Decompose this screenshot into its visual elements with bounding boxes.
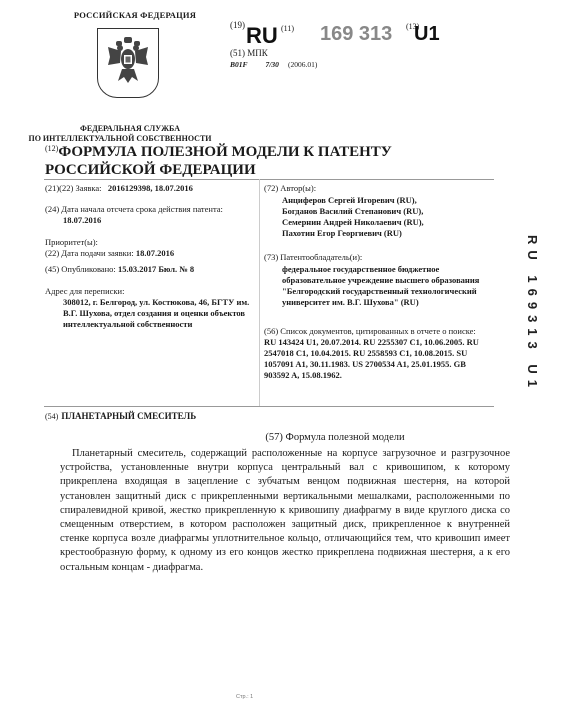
mpk-classification: B01F7/30 <box>230 60 297 69</box>
priority-label: Приоритет(ы): <box>45 237 255 248</box>
address-label: Адрес для переписки: <box>45 286 255 297</box>
term-start-field: (24) Дата начала отсчета срока действия … <box>45 204 255 226</box>
authors-list: Анциферов Сергей Игоревич (RU), Богданов… <box>264 195 517 239</box>
coat-of-arms-icon <box>97 28 159 98</box>
authors-label: (72) Автор(ы): <box>264 183 499 194</box>
author-3: Семернин Андрей Николаевич (RU), <box>282 217 424 227</box>
bulletin-number: Бюл. № 8 <box>158 264 194 274</box>
claims-text: Планетарный смеситель, содержащий распол… <box>60 447 510 575</box>
citations-value: RU 143424 U1, 20.07.2014. RU 2255307 C1,… <box>264 337 479 380</box>
agency-line-1: ФЕДЕРАЛЬНАЯ СЛУЖБА <box>30 124 230 134</box>
citations-label: (56) Список документов, цитированных в о… <box>264 326 476 336</box>
invention-name: ПЛАНЕТАРНЫЙ СМЕСИТЕЛЬ <box>61 411 196 421</box>
address-value: 308012, г. Белгород, ул. Костюкова, 46, … <box>45 297 253 330</box>
column-divider <box>259 179 260 407</box>
divider-bottom <box>44 406 494 407</box>
field-code-11: (11) <box>281 24 294 33</box>
published-field: (45) Опубликовано: 15.03.2017 Бюл. № 8 <box>45 264 255 275</box>
invention-code: (54) <box>45 412 58 421</box>
term-start-label: (24) Дата начала отсчета срока действия … <box>45 204 255 215</box>
document-title: (12)ФОРМУЛА ПОЛЕЗНОЙ МОДЕЛИ К ПАТЕНТУ РО… <box>45 140 465 179</box>
application-field: (21)(22) Заявка: 2016129398, 18.07.2016 <box>45 183 255 194</box>
divider-top <box>44 179 494 180</box>
title-code: (12) <box>45 144 58 153</box>
page-number: Стр.: 1 <box>236 694 253 700</box>
author-2: Богданов Василий Степанович (RU), <box>282 206 423 216</box>
invention-title: (54)ПЛАНЕТАРНЫЙ СМЕСИТЕЛЬ <box>45 411 196 421</box>
kind-code: U1 <box>414 23 440 46</box>
citations-field: (56) Список документов, цитированных в о… <box>264 326 479 381</box>
holders-value: федеральное государственное бюджетное об… <box>264 264 487 308</box>
filing-date-field: (22) Дата подачи заявки: 18.07.2016 <box>45 248 255 259</box>
author-4: Пахотин Егор Георгиевич (RU) <box>282 228 402 238</box>
mpk-label: (51) МПК <box>230 48 268 58</box>
title-text: ФОРМУЛА ПОЛЕЗНОЙ МОДЕЛИ К ПАТЕНТУ РОССИЙ… <box>45 144 392 178</box>
mpk-group: 7/30 <box>266 60 279 69</box>
patent-number: 169 313 <box>320 23 392 46</box>
claims-heading: (57) Формула полезной модели <box>175 432 495 443</box>
holders-label: (73) Патентообладатель(и): <box>264 252 499 263</box>
filing-date-value: 18.07.2016 <box>136 248 174 258</box>
mpk-version: (2006.01) <box>288 60 317 69</box>
application-label: (21)(22) Заявка: <box>45 183 102 193</box>
side-patent-label: RU 169313 U1 <box>520 235 540 393</box>
filing-date-label: (22) Дата подачи заявки: <box>45 248 134 258</box>
author-1: Анциферов Сергей Игоревич (RU), <box>282 195 417 205</box>
published-label: (45) Опубликовано: <box>45 264 116 274</box>
mpk-class: B01F <box>230 60 248 69</box>
country-name: РОССИЙСКАЯ ФЕДЕРАЦИЯ <box>60 10 210 20</box>
field-code-19: (19) <box>230 20 245 30</box>
application-value: 2016129398, 18.07.2016 <box>108 183 193 193</box>
country-code: RU <box>246 23 278 49</box>
term-start-value: 18.07.2016 <box>63 215 101 225</box>
published-value: 15.03.2017 <box>118 264 156 274</box>
